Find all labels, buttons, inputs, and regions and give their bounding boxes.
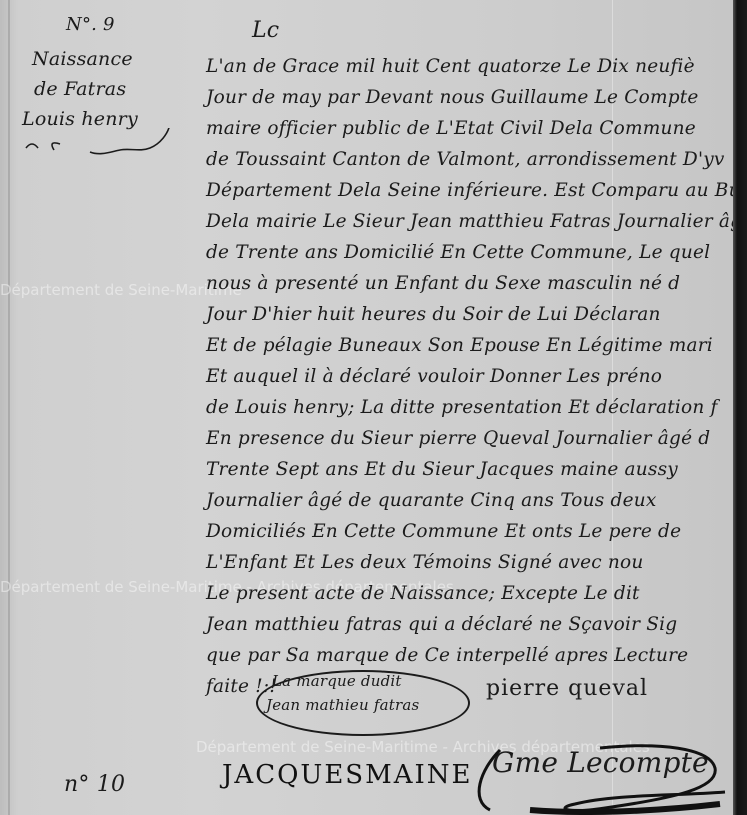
body-line: de Trente ans Domicilié En Cette Commune… <box>206 242 710 263</box>
body-line: Domiciliés En Cette Commune Et onts Le p… <box>206 521 681 542</box>
register-page: Département de Seine-Maritime Départemen… <box>0 0 733 815</box>
body-line: Et auquel il à déclaré vouloir Donner Le… <box>206 366 662 387</box>
header-mark: Lc <box>252 18 279 43</box>
margin-surname: de Fatras <box>34 74 126 104</box>
signature-pierre-queval: pierre queval <box>486 676 648 701</box>
body-line: maire officier public de L'Etat Civil De… <box>206 118 696 139</box>
body-line: Et de pélagie Buneaux Son Epouse En Légi… <box>206 335 713 356</box>
body-line: Le present acte de Naissance; Excepte Le… <box>206 583 640 604</box>
body-line: Département Dela Seine inférieure. Est C… <box>206 180 747 201</box>
body-line: Jean matthieu fatras qui a déclaré ne Sç… <box>206 614 677 635</box>
margin-flourish <box>20 128 180 168</box>
body-line: Jour de may par Devant nous Guillaume Le… <box>206 87 699 108</box>
body-line: Trente Sept ans Et du Sieur Jacques main… <box>206 459 678 480</box>
body-line: L'an de Grace mil huit Cent quatorze Le … <box>206 56 695 77</box>
body-line: L'Enfant Et Les deux Témoins Signé avec … <box>206 552 644 573</box>
mark-line-1: La marque dudit <box>272 672 402 690</box>
body-line: Dela mairie Le Sieur Jean matthieu Fatra… <box>206 211 742 232</box>
body-line: Jour D'hier huit heures du Soir de Lui D… <box>206 304 661 325</box>
entry-number: N°. 9 <box>66 10 115 40</box>
next-entry-number: n° 10 <box>64 772 125 797</box>
body-line: Journalier âgé de quarante Cinq ans Tous… <box>206 490 656 511</box>
signature-jacques-maine: JACQUESMAINE <box>222 760 473 790</box>
body-line: que par Sa marque de Ce interpellé apres… <box>206 645 688 666</box>
body-line: En presence du Sieur pierre Queval Journ… <box>206 428 710 449</box>
margin-title: Naissance <box>32 44 133 74</box>
body-line: nous à presenté un Enfant du Sexe mascul… <box>206 273 680 294</box>
body-line: de Toussaint Canton de Valmont, arrondis… <box>206 149 725 170</box>
mark-line-2: Jean mathieu fatras <box>266 696 419 714</box>
mayor-signature-flourish <box>470 740 733 815</box>
body-line: de Louis henry; La ditte presentation Et… <box>206 397 718 418</box>
scan-dark-edge <box>733 0 747 815</box>
